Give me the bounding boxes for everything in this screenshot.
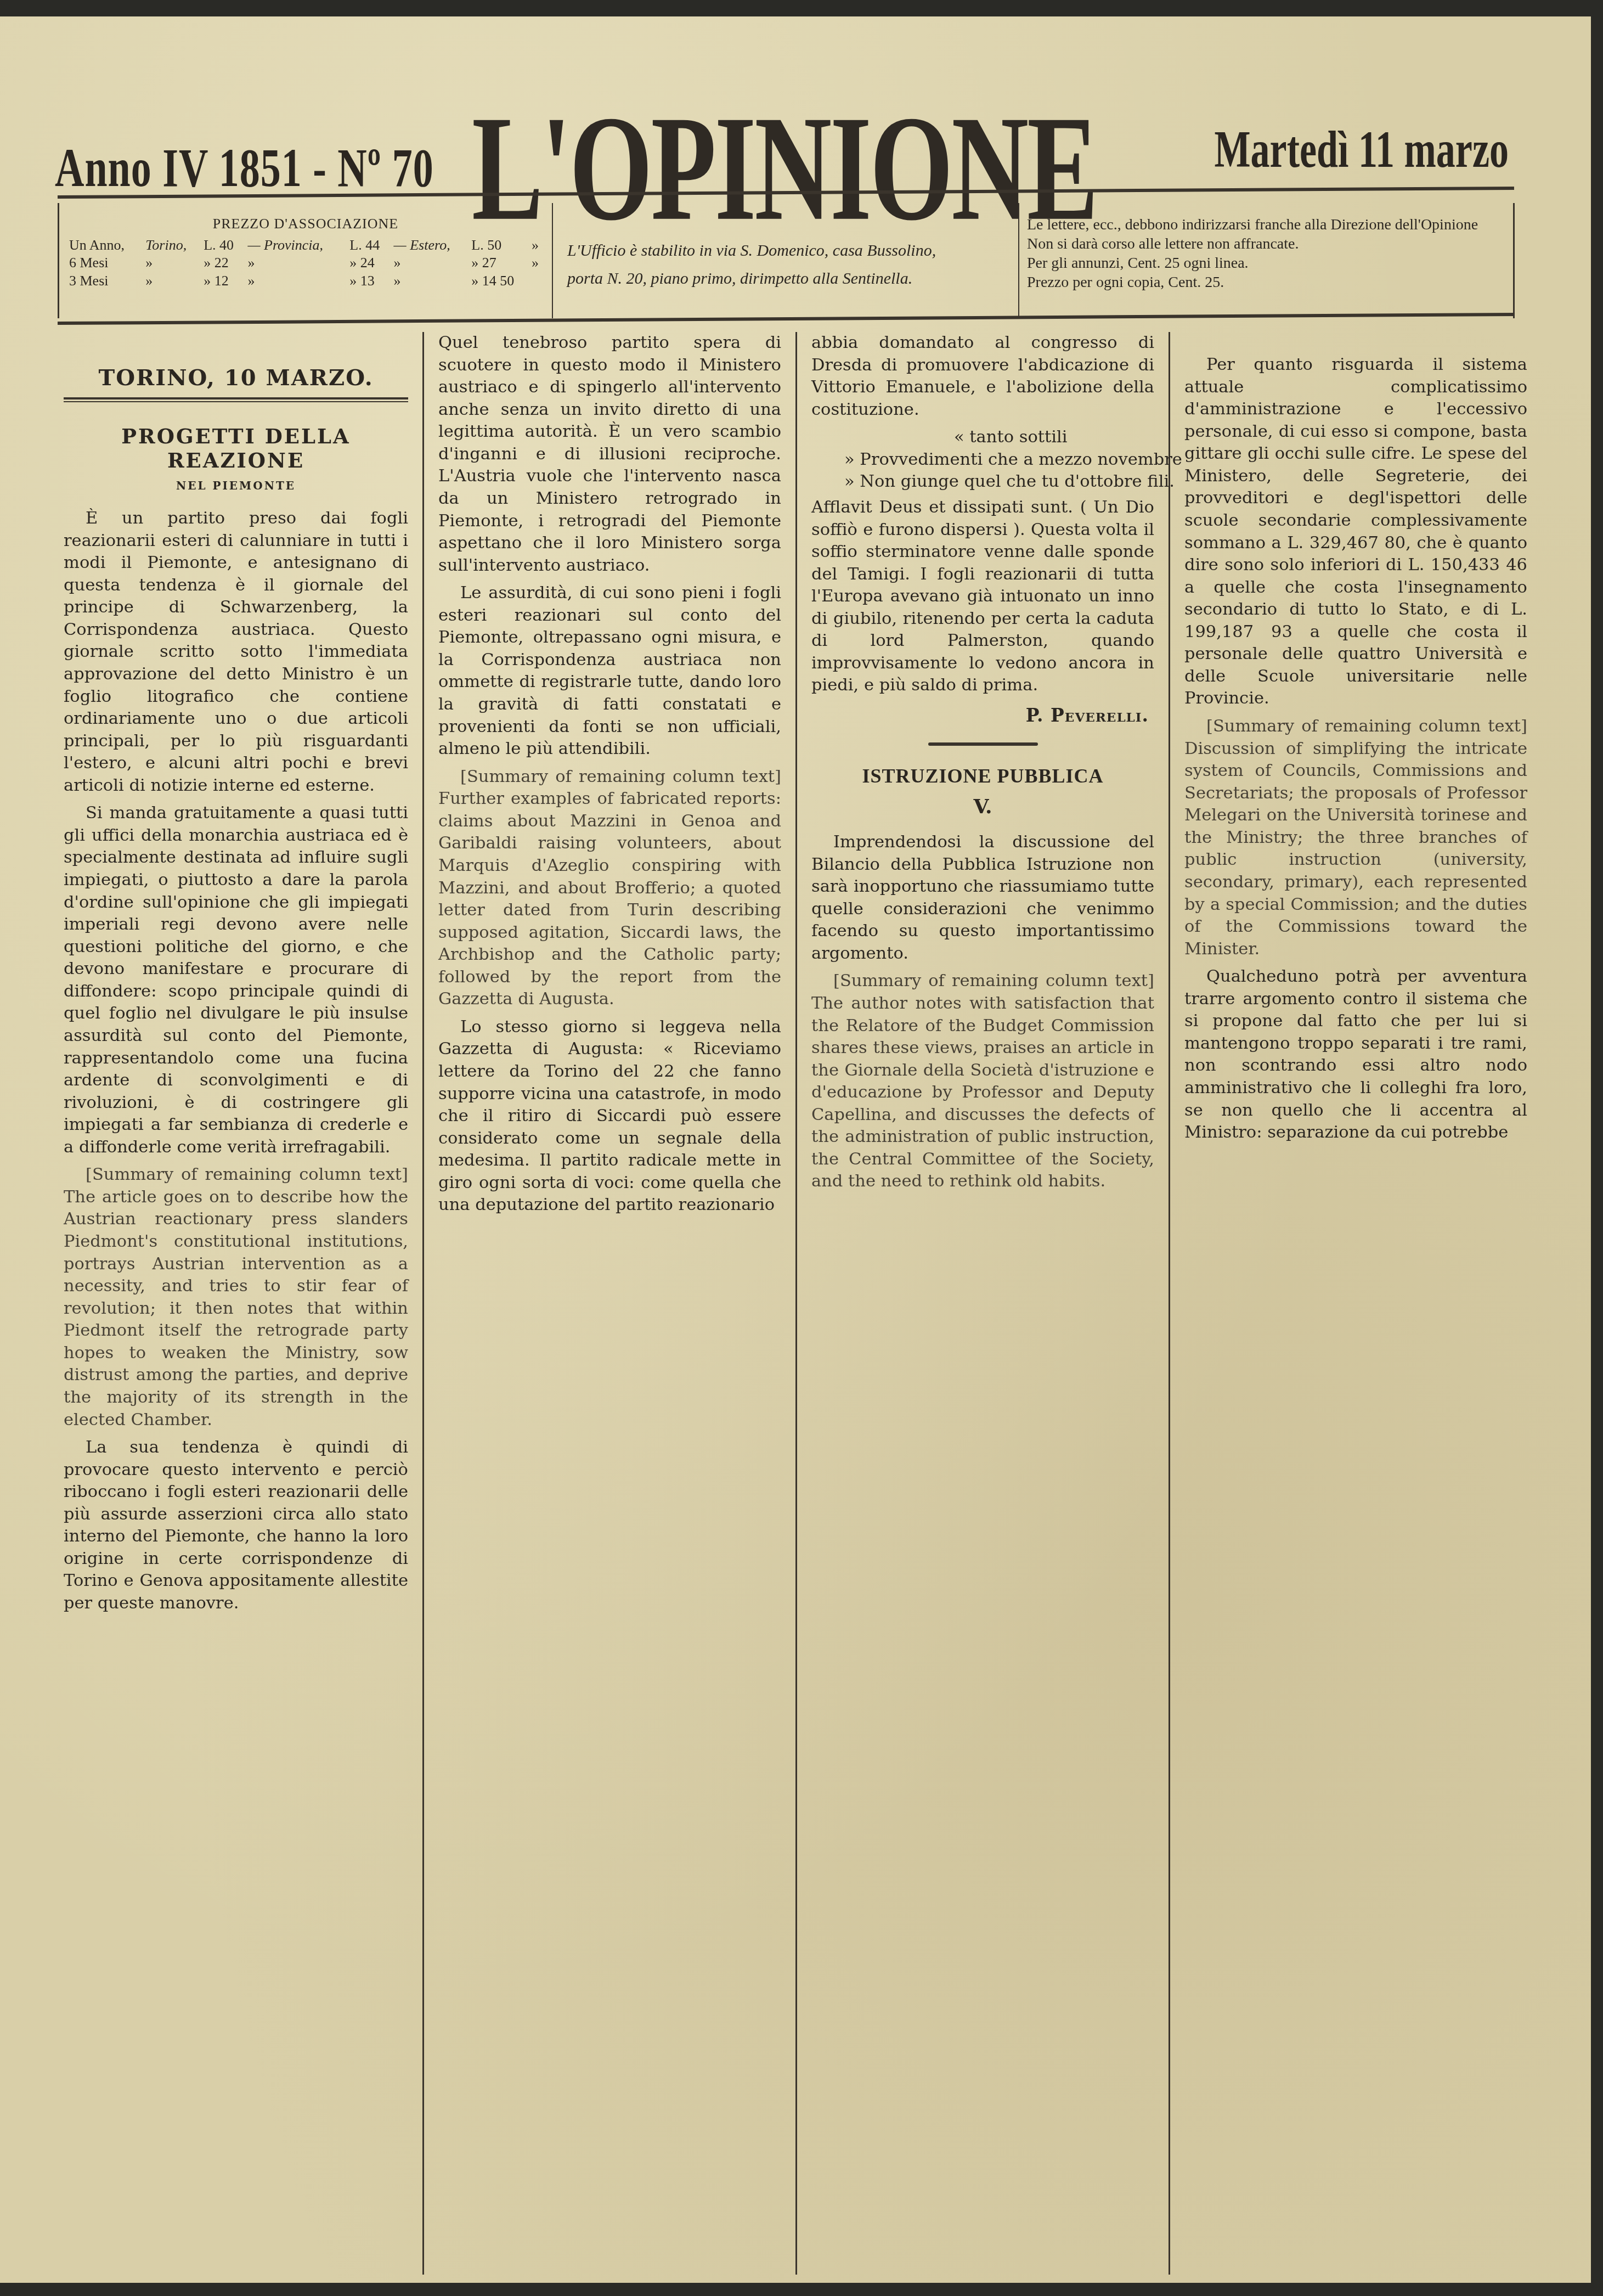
info-box: PREZZO D'ASSOCIAZIONE Un Anno, Torino, L… [58, 203, 1515, 318]
price-cell: » [529, 254, 544, 272]
price-cell: » 12 [201, 272, 245, 290]
column-3: abbia domandato al congresso di Dresda d… [795, 332, 1169, 2275]
section-title: ISTRUZIONE PUBBLICA [811, 764, 1154, 787]
paragraph: Quel tenebroso partito spera di scuotere… [438, 332, 781, 577]
scan-border-top [0, 0, 1603, 16]
paragraph: È un partito preso dai fogli reazionarii… [64, 508, 408, 797]
price-cell: — Provincia, [245, 237, 347, 255]
scan-border-bottom [0, 2283, 1603, 2296]
price-cell: » [143, 272, 201, 290]
prices-table: Un Anno, Torino, L. 40 — Provincia, L. 4… [67, 237, 544, 290]
price-cell: » 27 [469, 254, 529, 272]
paragraph: abbia domandato al congresso di Dresda d… [811, 332, 1154, 421]
price-cell: » 13 [347, 272, 391, 290]
price-cell: » [245, 254, 347, 272]
note-line: Le lettere, ecc., debbono indirizzarsi f… [1027, 215, 1505, 234]
price-cell: L. 40 [201, 237, 245, 255]
paragraph: Si manda gratuitamente a quasi tutti gli… [64, 802, 408, 1158]
price-cell: » 14 50 [469, 272, 529, 290]
prices-heading: PREZZO D'ASSOCIAZIONE [67, 215, 544, 233]
price-row: 3 Mesi » » 12 » » 13 » » 14 50 [67, 272, 544, 290]
price-cell: » [392, 272, 470, 290]
dateline-rule [64, 397, 408, 402]
column-2: Quel tenebroso partito spera di scuotere… [422, 332, 795, 2275]
note-line: Prezzo per ogni copia, Cent. 25. [1027, 273, 1505, 292]
newspaper-page: Anno IV 1851 - Nº 70 L'OPINIONE Martedì … [0, 16, 1591, 2283]
office-address: L'Ufficio è stabilito in via S. Domenico… [553, 203, 1019, 318]
dateline: TORINO, 10 MARZO. [64, 365, 408, 391]
price-cell: » [392, 254, 470, 272]
office-line-2: porta N. 20, piano primo, dirimpetto all… [567, 268, 1011, 289]
verse-line: » Provvedimenti che a mezzo novembre [811, 449, 1154, 471]
price-cell: L. 50 [469, 237, 529, 255]
paragraph: Afflavit Deus et dissipati sunt. ( Un Di… [811, 497, 1154, 697]
column-4: Per quanto risguarda il sistema attuale … [1169, 332, 1542, 2275]
paragraph: Per quanto risguarda il sistema attuale … [1184, 354, 1527, 710]
price-cell: » 24 [347, 254, 391, 272]
price-cell: Torino, [143, 237, 201, 255]
price-cell: 6 Mesi [67, 254, 143, 272]
section-number: V. [811, 795, 1154, 818]
issue-info: Anno IV 1851 - Nº 70 [55, 137, 434, 200]
verse-line: « tanto sottili [811, 426, 1154, 449]
paragraph-summary: [Summary of remaining column text] Furth… [438, 766, 781, 1011]
paragraph: Qualcheduno potrà per avventura trarre a… [1184, 966, 1527, 1144]
price-cell: » [245, 272, 347, 290]
paragraph: Lo stesso giorno si leggeva nella Gazzet… [438, 1016, 781, 1217]
price-cell: » [529, 237, 544, 255]
paragraph-summary: [Summary of remaining column text] The a… [64, 1164, 408, 1431]
author-signature: P. Peverelli. [811, 705, 1149, 726]
note-line: Non si darà corso alle lettere non affra… [1027, 234, 1505, 254]
article-columns: TORINO, 10 MARZO. PROGETTI DELLA REAZION… [49, 332, 1542, 2275]
price-cell: 3 Mesi [67, 272, 143, 290]
article-title: PROGETTI DELLA REAZIONE [64, 424, 408, 472]
price-row: 6 Mesi » » 22 » » 24 » » 27 » [67, 254, 544, 272]
price-cell: Un Anno, [67, 237, 143, 255]
price-cell [529, 272, 544, 290]
verse-line: » Non giunge quel che tu d'ottobre fili. [811, 471, 1154, 493]
column-1: TORINO, 10 MARZO. PROGETTI DELLA REAZION… [49, 332, 422, 2275]
subscription-prices: PREZZO D'ASSOCIAZIONE Un Anno, Torino, L… [59, 203, 553, 318]
paragraph-summary: [Summary of remaining column text] Discu… [1184, 716, 1527, 960]
paragraph: La sua tendenza è quindi di provocare qu… [64, 1437, 408, 1615]
editorial-notes: Le lettere, ecc., debbono indirizzarsi f… [1019, 203, 1513, 318]
article-subtitle: NEL PIEMONTE [64, 479, 408, 492]
price-cell: L. 44 [347, 237, 391, 255]
paragraph: Le assurdità, di cui sono pieni i fogli … [438, 582, 781, 761]
issue-date: Martedì 11 marzo [1215, 121, 1509, 180]
section-divider [928, 742, 1038, 746]
price-cell: » [143, 254, 201, 272]
note-line: Per gli annunzi, Cent. 25 ogni linea. [1027, 254, 1505, 273]
office-line-1: L'Ufficio è stabilito in via S. Domenico… [567, 240, 1011, 261]
paragraph: Imprendendosi la discussione del Bilanci… [811, 831, 1154, 965]
price-cell: » 22 [201, 254, 245, 272]
quoted-verse: « tanto sottili » Provvedimenti che a me… [811, 426, 1154, 493]
price-cell: — Estero, [392, 237, 470, 255]
paragraph-summary: [Summary of remaining column text] The a… [811, 970, 1154, 1193]
price-row: Un Anno, Torino, L. 40 — Provincia, L. 4… [67, 237, 544, 255]
